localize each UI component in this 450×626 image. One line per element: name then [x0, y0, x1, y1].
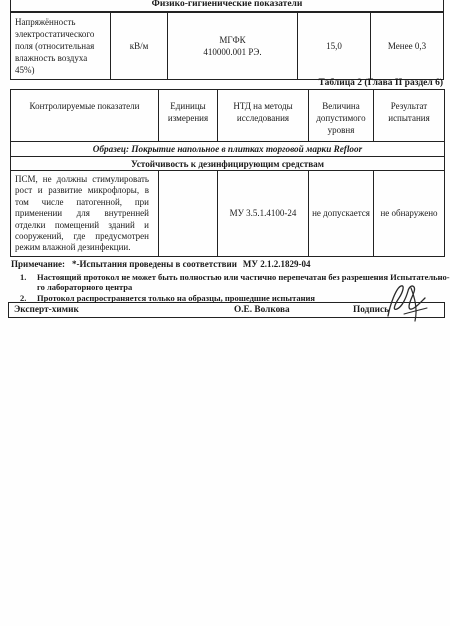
controlled-indicators-table: Контролируемые показатели Единицы измере…: [10, 89, 445, 257]
method-line-1: МГФК: [168, 34, 297, 46]
indicator-cell: Напряжённость электростатического поля (…: [11, 12, 111, 80]
allowed-level-cell: не допускается: [309, 171, 374, 257]
unit-cell: кВ/м: [111, 12, 168, 80]
table-header-row: Контролируемые показатели Единицы измере…: [11, 90, 445, 142]
table-row: Физико-гигиенические показатели: [11, 0, 444, 12]
header-allowed-level: Величина допустимого уровня: [309, 90, 374, 142]
note-label: Примечание:: [11, 259, 65, 269]
expert-name: О.Е. Волкова: [234, 305, 290, 316]
note-header-line: Примечание:*-Испытания проведены в соотв…: [11, 259, 444, 271]
sample-label-cell: Образец: Покрытие напольное в плитках то…: [11, 142, 445, 157]
allowed-level-cell: 15,0: [298, 12, 371, 80]
header-units: Единицы измерения: [159, 90, 218, 142]
note-asterisk-text: *-Испытания проведены в соответствии: [72, 259, 237, 269]
protocol-document-page: Физико-гигиенические показатели Напряжён…: [0, 0, 450, 626]
notes-block: Примечание:*-Испытания проведены в соотв…: [11, 259, 444, 304]
method-cell: МГФК 410000.001 РЭ.: [168, 12, 298, 80]
physico-hygienic-table: Физико-гигиенические показатели Напряжён…: [10, 0, 444, 80]
method-cell: МУ 3.5.1.4100-24: [218, 171, 309, 257]
header-ntd-methods: НТД на методы исследования: [218, 90, 309, 142]
signature-block: Эксперт-химик О.Е. Волкова Подпись: [8, 302, 445, 318]
method-line-2: 410000.001 РЭ.: [168, 46, 297, 58]
sample-row: Образец: Покрытие напольное в плитках то…: [11, 142, 445, 157]
table-row: ПСМ, не должны стимулировать рост и разв…: [11, 171, 445, 257]
table-row: Напряжённость электростатического поля (…: [11, 12, 444, 80]
section-row: Устойчивость к дезинфицирующим средствам: [11, 157, 445, 171]
result-cell: Менее 0,3: [371, 12, 444, 80]
header-controlled-indicators: Контролируемые показатели: [11, 90, 159, 142]
indicator-cell: ПСМ, не должны стимулировать рост и разв…: [11, 171, 159, 257]
section-header-cell: Физико-гигиенические показатели: [11, 0, 444, 12]
note-reference: МУ 2.1.2.1829-04: [243, 259, 311, 269]
unit-cell: [159, 171, 218, 257]
table2-caption: Таблица 2 (Глава II раздел 6): [319, 78, 443, 89]
section-label-cell: Устойчивость к дезинфицирующим средствам: [11, 157, 445, 171]
handwritten-signature: [381, 283, 433, 323]
result-cell: не обнаружено: [374, 171, 445, 257]
note-item-number: 1.: [20, 272, 37, 293]
header-test-result: Результат испытания: [374, 90, 445, 142]
expert-role-label: Эксперт-химик: [14, 305, 79, 316]
